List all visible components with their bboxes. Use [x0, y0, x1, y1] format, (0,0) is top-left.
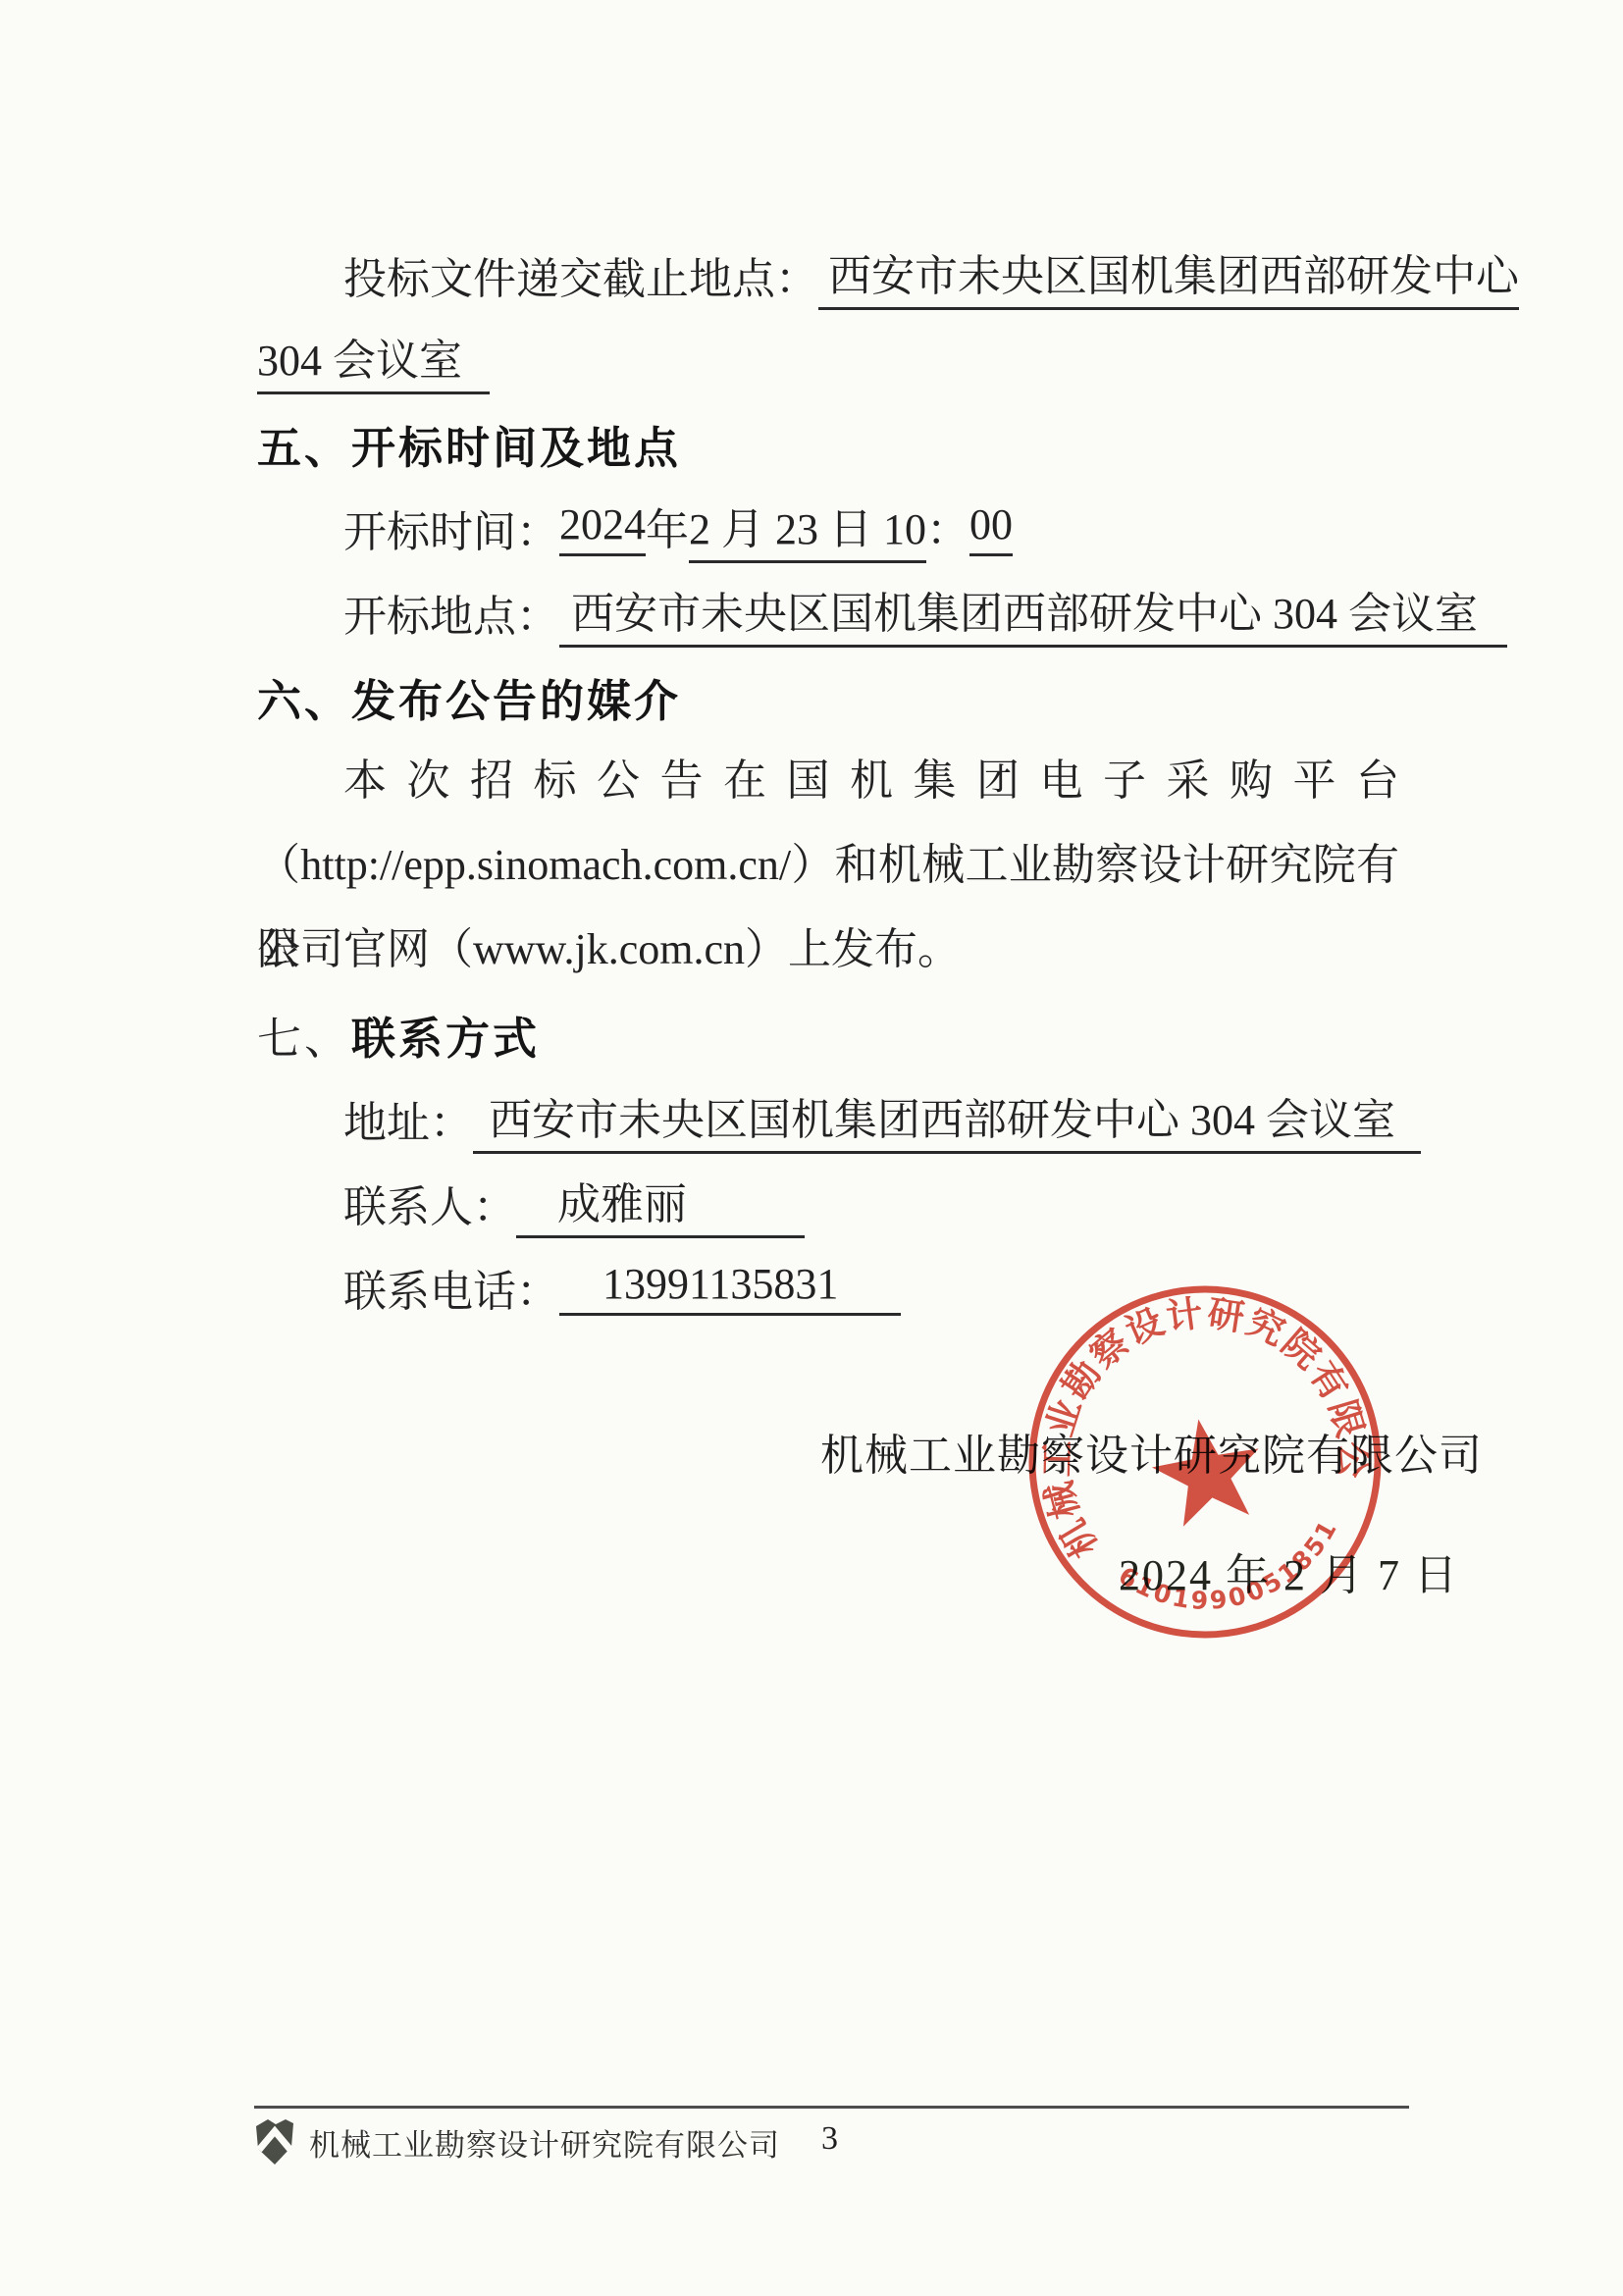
address-value: 西安市未央区国机集团西部研发中心 304 会议室 [473, 1084, 1421, 1154]
section6-heading-row: 六、发布公告的媒介 [257, 654, 1399, 739]
section5-heading: 五、开标时间及地点 [257, 412, 681, 476]
open-time-label: 开标时间： [343, 496, 559, 559]
open-place-value: 西安市未央区国机集团西部研发中心 304 会议室 [559, 578, 1507, 648]
open-place-line: 开标地点： 西安市未央区国机集团西部研发中心 304 会议室 [257, 570, 1399, 654]
announce-paragraph-line1: 本次招标公告在国机集团电子采购平台 [257, 739, 1399, 823]
address-line: 地址： 西安市未央区国机集团西部研发中心 304 会议室 [257, 1076, 1399, 1161]
contact-person-value: 成雅丽 [516, 1169, 805, 1238]
open-time-colon: ： [926, 495, 969, 561]
phone-value: 13991135831 [559, 1259, 901, 1316]
section7-heading: 联系方式 [351, 1003, 540, 1067]
page-footer: 机械工业勘察设计研究院有限公司 3 [254, 2106, 1409, 2166]
section6-heading: 六、发布公告的媒介 [257, 665, 681, 729]
open-time-year-unit: 年 [646, 495, 689, 561]
deadline-location-room: 304 会议室 [257, 325, 490, 394]
document-page: 投标文件递交截止地点： 西安市未央区国机集团西部研发中心 304 会议室 五、开… [0, 0, 1623, 2296]
deadline-location-line: 投标文件递交截止地点： 西安市未央区国机集团西部研发中心 [257, 233, 1399, 317]
open-time-year: 2024 [559, 499, 646, 556]
open-time-minutes: 00 [969, 499, 1013, 556]
page-number: 3 [821, 2120, 838, 2158]
company-logo-icon [254, 2117, 295, 2166]
announce-paragraph-line2: （http://epp.sinomach.com.cn/）和机械工业勘察设计研究… [257, 823, 1399, 908]
open-time-line: 开标时间： 2024 年 2 月 23 日 10 ： 00 [257, 486, 1399, 570]
open-place-label: 开标地点： [343, 581, 559, 644]
section7-heading-row: 七、 联系方式 [257, 992, 1399, 1076]
section7-number: 七、 [257, 1003, 351, 1067]
contact-person-label: 联系人： [343, 1172, 516, 1234]
seal-star-icon [1145, 1410, 1270, 1530]
phone-label: 联系电话： [343, 1256, 559, 1319]
footer-company-name: 机械工业勘察设计研究院有限公司 [309, 2120, 780, 2165]
seal-serial-number: 6101990051851 [1109, 1509, 1357, 1640]
open-time-month-day: 2 月 23 日 10 [689, 494, 926, 563]
section5-heading-row: 五、开标时间及地点 [257, 401, 1399, 486]
announce-paragraph-line3: 公司官网（www.jk.com.cn）上发布。 [257, 908, 1399, 992]
deadline-location-continuation: 304 会议室 [257, 317, 1399, 401]
address-label: 地址： [343, 1087, 473, 1150]
deadline-location-label: 投标文件递交截止地点： [343, 243, 818, 306]
svg-text:6101990051851: 6101990051851 [1109, 1509, 1357, 1640]
deadline-location-value: 西安市未央区国机集团西部研发中心 [818, 240, 1519, 310]
contact-person-line: 联系人： 成雅丽 [257, 1161, 1399, 1245]
company-seal-stamp: 机械工业勘察设计研究院有限公司 6101990051851 [1009, 1276, 1401, 1648]
